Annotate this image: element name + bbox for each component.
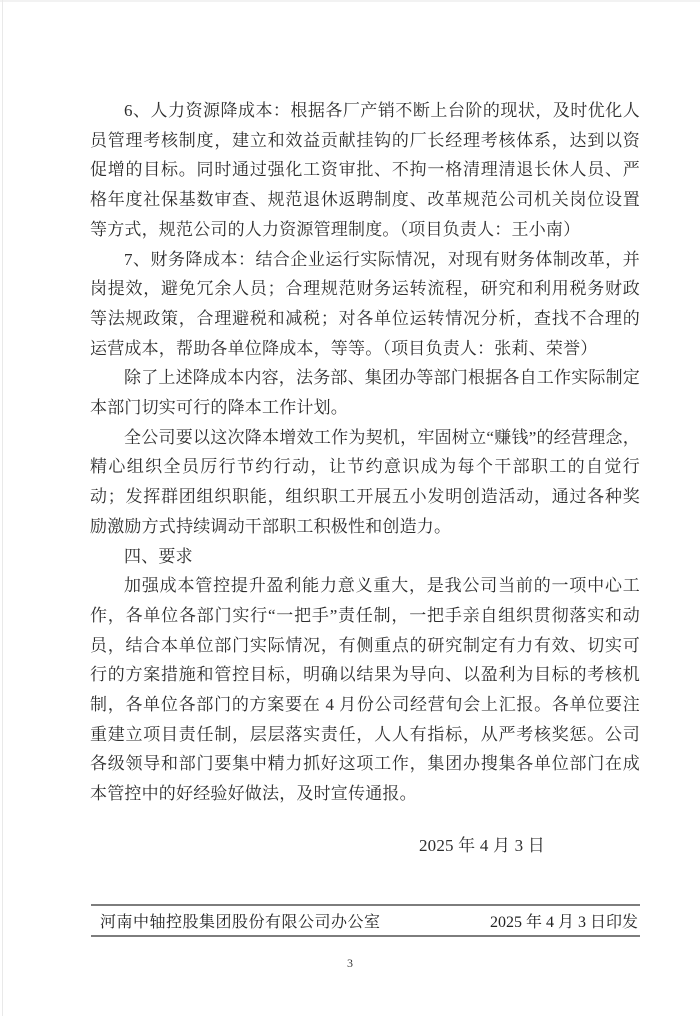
footer-issuer: 河南中轴控股集团股份有限公司办公室 (91, 909, 381, 932)
paragraph-other-departments: 除了上述降成本内容，法务部、集团办等部门根据各自工作实际制定本部门切实可行的降本… (90, 363, 640, 422)
section-heading-requirements: 四、要求 (90, 542, 640, 572)
document-body: 6、人力资源降成本：根据各厂产销不断上台阶的现状，及时优化人员管理考核制度，建立… (90, 96, 640, 861)
paragraph-6-hr-cost-reduction: 6、人力资源降成本：根据各厂产销不断上台阶的现状，及时优化人员管理考核制度，建立… (90, 96, 640, 245)
scan-edge-left (2, 0, 3, 1016)
date-line: 2025 年 4 月 3 日 (90, 831, 640, 861)
paragraph-requirements-detail: 加强成本管控提升盈利能力意义重大，是我公司当前的一项中心工作，各单位各部门实行“… (90, 571, 640, 809)
footer-print-date: 2025 年 4 月 3 日印发 (490, 909, 640, 932)
paragraph-7-finance-cost-reduction: 7、财务降成本：结合企业运行实际情况，对现有财务体制改革，并岗提效，避免冗余人员… (90, 245, 640, 364)
document-page: 6、人力资源降成本：根据各厂产销不断上台阶的现状，及时优化人员管理考核制度，建立… (0, 0, 700, 1016)
footer-bar: 河南中轴控股集团股份有限公司办公室 2025 年 4 月 3 日印发 (91, 904, 640, 937)
paragraph-company-wide-mobilization: 全公司要以这次降本增效工作为契机，牢固树立“赚钱”的经营理念，精心组织全员厉行节… (90, 423, 640, 542)
scan-edge-top (0, 0, 700, 2)
page-number: 3 (0, 956, 700, 971)
